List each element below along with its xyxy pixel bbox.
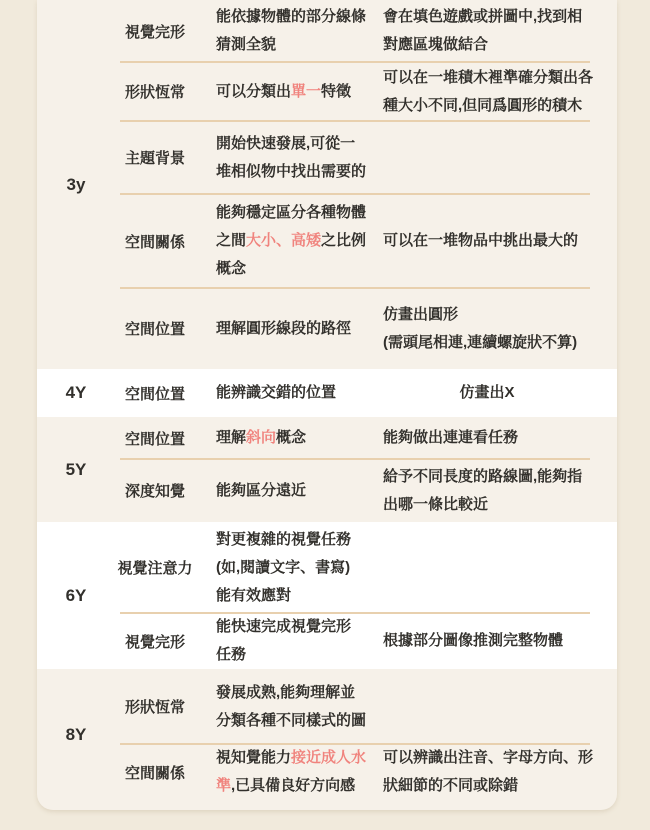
text-line: 能夠穩定區分各種物體 xyxy=(216,199,380,227)
plain-text: 能快速完成視覺完形 xyxy=(216,618,351,635)
row-divider xyxy=(120,61,590,63)
table-row: 空間位置能辨識交錯的位置仿畫出X xyxy=(115,369,617,417)
table-row: 視覺注意力對更複雜的視覺任務(如,閱讀文字、書寫)能有效應對 xyxy=(115,522,617,613)
category-cell: 形狀恆常 xyxy=(115,696,195,717)
text-line: 會在填色遊戲或拼圖中,找到相 xyxy=(383,3,593,31)
description-cell: 可以分類出單一特徵 xyxy=(195,78,380,106)
text-line: (如,閱讀文字、書寫) xyxy=(216,554,380,582)
plain-text: 可以在一堆積木裡準確分類出各 xyxy=(383,69,593,86)
text-line: 任務 xyxy=(216,641,380,669)
plain-text: 堆相似物中找出需要的 xyxy=(216,163,366,180)
plain-text: 對更複雜的視覺任務 xyxy=(216,531,351,548)
description-cell: 發展成熟,能夠理解並分類各種不同樣式的圖 xyxy=(195,679,380,735)
plain-text: 會在填色遊戲或拼圖中,找到相 xyxy=(383,8,582,25)
highlight-text: 大小、高矮 xyxy=(246,232,321,249)
plain-text: 可以辨識出注音、字母方向、形 xyxy=(383,749,593,766)
plain-text: 能辨識交錯的位置 xyxy=(216,384,336,401)
text-line: 準,已具備良好方向感 xyxy=(216,772,380,800)
age-label: 8Y xyxy=(37,669,115,800)
text-line: 理解斜向概念 xyxy=(216,424,380,452)
table-row: 視覺完形能快速完成視覺完形任務根據部分圖像推測完整物體 xyxy=(115,613,617,669)
text-line: (需頭尾相連,連續螺旋狀不算) xyxy=(383,329,593,357)
text-line: 分類各種不同樣式的圖 xyxy=(216,707,380,735)
plain-text: 仿畫出X xyxy=(459,384,514,401)
plain-text: 可以分類出 xyxy=(216,83,291,100)
plain-text: ,已具備良好方向感 xyxy=(231,777,355,794)
plain-text: 能夠做出連連看任務 xyxy=(383,429,518,446)
description-cell: 理解斜向概念 xyxy=(195,424,380,452)
age-section-6Y: 6Y視覺注意力對更複雜的視覺任務(如,閱讀文字、書寫)能有效應對視覺完形能快速完… xyxy=(37,522,617,669)
example-cell: 仿畫出圓形(需頭尾相連,連續螺旋狀不算) xyxy=(380,301,617,357)
plain-text: (如,閱讀文字、書寫) xyxy=(216,559,350,576)
text-line: 之間大小、高矮之比例 xyxy=(216,227,380,255)
text-line: 開始快速發展,可從一 xyxy=(216,130,380,158)
age-label: 3y xyxy=(37,0,115,369)
category-cell: 空間位置 xyxy=(115,383,195,404)
highlight-text: 接近成人水 xyxy=(291,749,366,766)
table-row: 形狀恆常發展成熟,能夠理解並分類各種不同樣式的圖 xyxy=(115,669,617,744)
description-cell: 對更複雜的視覺任務(如,閱讀文字、書寫)能有效應對 xyxy=(195,526,380,610)
text-line: 根據部分圖像推測完整物體 xyxy=(383,627,591,655)
category-cell: 空間位置 xyxy=(115,318,195,339)
age-section-3y: 3y視覺完形能依據物體的部分線條猜測全貌會在填色遊戲或拼圖中,找到相對應區塊做結… xyxy=(37,0,617,369)
plain-text: 仿畫出圓形 xyxy=(383,306,458,323)
plain-text: 理解 xyxy=(216,429,246,446)
section-rows: 空間位置理解斜向概念能夠做出連連看任務深度知覺能夠區分遠近給予不同長度的路線圖,… xyxy=(115,417,617,522)
category-cell: 深度知覺 xyxy=(115,480,195,501)
text-line: 可以在一堆物品中挑出最大的 xyxy=(383,227,593,255)
text-line: 能辨識交錯的位置 xyxy=(216,379,380,407)
description-cell: 能辨識交錯的位置 xyxy=(195,379,380,407)
age-section-4Y: 4Y空間位置能辨識交錯的位置仿畫出X xyxy=(37,369,617,417)
text-line: 視知覺能力接近成人水 xyxy=(216,744,380,772)
text-line: 出哪一條比較近 xyxy=(383,491,591,519)
section-rows: 視覺完形能依據物體的部分線條猜測全貌會在填色遊戲或拼圖中,找到相對應區塊做結合形… xyxy=(115,0,617,369)
plain-text: 種大小不同,但同爲圓形的積木 xyxy=(383,97,582,114)
description-cell: 能快速完成視覺完形任務 xyxy=(195,613,380,669)
table-row: 空間位置理解圓形線段的路徑仿畫出圓形(需頭尾相連,連續螺旋狀不算) xyxy=(115,288,617,369)
example-cell: 能夠做出連連看任務 xyxy=(380,424,617,452)
plain-text: 分類各種不同樣式的圖 xyxy=(216,712,366,729)
example-cell: 可以在一堆積木裡準確分類出各種大小不同,但同爲圓形的積木 xyxy=(380,64,617,120)
plain-text: 理解圓形線段的路徑 xyxy=(216,320,351,337)
description-cell: 視知覺能力接近成人水準,已具備良好方向感 xyxy=(195,744,380,800)
category-cell: 空間關係 xyxy=(115,231,195,252)
plain-text: 特徵 xyxy=(321,83,351,100)
category-cell: 視覺完形 xyxy=(115,21,195,42)
highlight-text: 單一 xyxy=(291,83,321,100)
table-row: 視覺完形能依據物體的部分線條猜測全貌會在填色遊戲或拼圖中,找到相對應區塊做結合 xyxy=(115,0,617,62)
age-section-5Y: 5Y空間位置理解斜向概念能夠做出連連看任務深度知覺能夠區分遠近給予不同長度的路線… xyxy=(37,417,617,522)
age-label: 5Y xyxy=(37,417,115,522)
plain-text: 出哪一條比較近 xyxy=(383,496,488,513)
plain-text: 對應區塊做結合 xyxy=(383,36,488,53)
table-row: 空間位置理解斜向概念能夠做出連連看任務 xyxy=(115,417,617,459)
plain-text: 概念 xyxy=(276,429,306,446)
text-line: 能夠區分遠近 xyxy=(216,477,380,505)
plain-text: 能依據物體的部分線條 xyxy=(216,8,366,25)
category-cell: 視覺完形 xyxy=(115,631,195,652)
example-cell: 可以在一堆物品中挑出最大的 xyxy=(380,227,617,255)
description-cell: 開始快速發展,可從一堆相似物中找出需要的 xyxy=(195,130,380,186)
table-row: 空間關係視知覺能力接近成人水準,已具備良好方向感可以辨識出注音、字母方向、形狀細… xyxy=(115,744,617,800)
plain-text: 根據部分圖像推測完整物體 xyxy=(383,632,563,649)
plain-text: 給予不同長度的路線圖,能夠指 xyxy=(383,468,582,485)
example-cell: 仿畫出X xyxy=(380,379,617,407)
age-label: 6Y xyxy=(37,522,115,669)
text-line: 可以辨識出注音、字母方向、形 xyxy=(383,744,593,772)
text-line: 仿畫出圓形 xyxy=(383,301,593,329)
plain-text: 能夠穩定區分各種物體 xyxy=(216,204,366,221)
text-line: 對更複雜的視覺任務 xyxy=(216,526,380,554)
plain-text: 發展成熟,能夠理解並 xyxy=(216,684,355,701)
table-row: 形狀恆常可以分類出單一特徵可以在一堆積木裡準確分類出各種大小不同,但同爲圓形的積… xyxy=(115,62,617,121)
text-line: 可以在一堆積木裡準確分類出各 xyxy=(383,64,593,92)
text-line: 狀細節的不同或除錯 xyxy=(383,772,593,800)
text-line: 猜測全貌 xyxy=(216,31,380,59)
category-cell: 空間位置 xyxy=(115,428,195,449)
plain-text: 概念 xyxy=(216,260,246,277)
example-cell: 可以辨識出注音、字母方向、形狀細節的不同或除錯 xyxy=(380,744,617,800)
highlight-text: 準 xyxy=(216,777,231,794)
text-line: 發展成熟,能夠理解並 xyxy=(216,679,380,707)
text-line: 能快速完成視覺完形 xyxy=(216,613,380,641)
text-line: 概念 xyxy=(216,255,380,283)
plain-text: 可以在一堆物品中挑出最大的 xyxy=(383,232,578,249)
text-line: 理解圓形線段的路徑 xyxy=(216,315,380,343)
table-row: 主題背景開始快速發展,可從一堆相似物中找出需要的 xyxy=(115,121,617,194)
section-rows: 形狀恆常發展成熟,能夠理解並分類各種不同樣式的圖空間關係視知覺能力接近成人水準,… xyxy=(115,669,617,800)
description-cell: 理解圓形線段的路徑 xyxy=(195,315,380,343)
plain-text: (需頭尾相連,連續螺旋狀不算) xyxy=(383,334,577,351)
category-cell: 視覺注意力 xyxy=(115,557,195,578)
text-line: 能依據物體的部分線條 xyxy=(216,3,380,31)
plain-text: 能有效應對 xyxy=(216,587,291,604)
text-line: 對應區塊做結合 xyxy=(383,31,593,59)
table-row: 空間關係能夠穩定區分各種物體之間大小、高矮之比例概念可以在一堆物品中挑出最大的 xyxy=(115,194,617,288)
row-divider xyxy=(120,193,590,195)
section-rows: 空間位置能辨識交錯的位置仿畫出X xyxy=(115,369,617,417)
row-divider xyxy=(120,458,590,460)
section-rows: 視覺注意力對更複雜的視覺任務(如,閱讀文字、書寫)能有效應對視覺完形能快速完成視… xyxy=(115,522,617,669)
category-cell: 空間關係 xyxy=(115,762,195,783)
plain-text: 能夠區分遠近 xyxy=(216,482,306,499)
plain-text: 之比例 xyxy=(321,232,366,249)
example-cell: 給予不同長度的路線圖,能夠指出哪一條比較近 xyxy=(380,463,617,519)
text-line: 可以分類出單一特徵 xyxy=(216,78,380,106)
plain-text: 之間 xyxy=(216,232,246,249)
row-divider xyxy=(120,120,590,122)
text-line: 仿畫出X xyxy=(383,379,591,407)
plain-text: 猜測全貌 xyxy=(216,36,276,53)
visual-development-table: 3y視覺完形能依據物體的部分線條猜測全貌會在填色遊戲或拼圖中,找到相對應區塊做結… xyxy=(37,0,617,810)
row-divider xyxy=(120,743,590,745)
age-label: 4Y xyxy=(37,369,115,417)
plain-text: 狀細節的不同或除錯 xyxy=(383,777,518,794)
example-cell: 會在填色遊戲或拼圖中,找到相對應區塊做結合 xyxy=(380,3,617,59)
description-cell: 能依據物體的部分線條猜測全貌 xyxy=(195,3,380,59)
age-section-8Y: 8Y形狀恆常發展成熟,能夠理解並分類各種不同樣式的圖空間關係視知覺能力接近成人水… xyxy=(37,669,617,800)
description-cell: 能夠區分遠近 xyxy=(195,477,380,505)
text-line: 種大小不同,但同爲圓形的積木 xyxy=(383,92,593,120)
plain-text: 任務 xyxy=(216,646,246,663)
example-cell: 根據部分圖像推測完整物體 xyxy=(380,627,617,655)
highlight-text: 斜向 xyxy=(246,429,276,446)
plain-text: 開始快速發展,可從一 xyxy=(216,135,355,152)
text-line: 堆相似物中找出需要的 xyxy=(216,158,380,186)
category-cell: 形狀恆常 xyxy=(115,81,195,102)
row-divider xyxy=(120,287,590,289)
description-cell: 能夠穩定區分各種物體之間大小、高矮之比例概念 xyxy=(195,199,380,283)
text-line: 能夠做出連連看任務 xyxy=(383,424,591,452)
table-row: 深度知覺能夠區分遠近給予不同長度的路線圖,能夠指出哪一條比較近 xyxy=(115,459,617,522)
text-line: 能有效應對 xyxy=(216,582,380,610)
text-line: 給予不同長度的路線圖,能夠指 xyxy=(383,463,591,491)
row-divider xyxy=(120,612,590,614)
category-cell: 主題背景 xyxy=(115,147,195,168)
plain-text: 視知覺能力 xyxy=(216,749,291,766)
